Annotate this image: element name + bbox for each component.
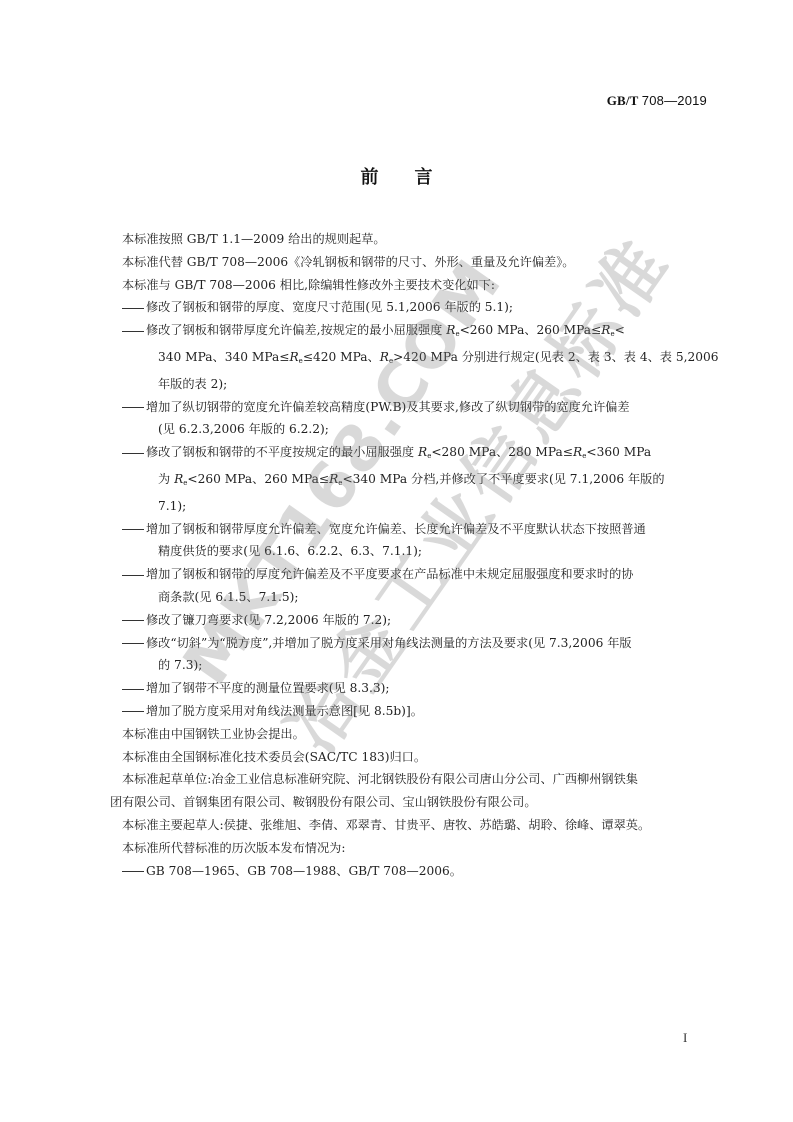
paragraph-drafters: 本标准主要起草人:侯捷、张维旭、李倩、邓翠青、甘贵平、唐牧、苏皓璐、胡聆、徐峰、… bbox=[110, 814, 710, 837]
paragraph-under-jurisdiction: 本标准由全国钢标准化技术委员会(SAC/TC 183)归口。 bbox=[110, 746, 710, 769]
paragraph-drafting-units: 本标准起草单位:冶金工业信息标准研究院、河北钢铁股份有限公司唐山分公司、广西柳州… bbox=[110, 768, 710, 814]
title-char-2: 言 bbox=[415, 163, 433, 189]
dash-bullet: —— bbox=[122, 632, 146, 655]
dash-bullet: —— bbox=[122, 609, 146, 632]
symbol-re: Re bbox=[380, 350, 393, 364]
document-page: GB/T 708—2019 前言 本标准按照 GB/T 1.1—2009 给出的… bbox=[0, 0, 793, 1122]
foreword-body: 本标准按照 GB/T 1.1—2009 给出的规则起草。 本标准代替 GB/T … bbox=[110, 228, 710, 882]
paragraph-drafting-rules: 本标准按照 GB/T 1.1—2009 给出的规则起草。 bbox=[110, 228, 710, 251]
dash-bullet: —— bbox=[122, 700, 146, 723]
dash-bullet: —— bbox=[122, 296, 146, 319]
symbol-re: Re bbox=[446, 323, 459, 337]
dash-bullet: —— bbox=[122, 319, 146, 342]
symbol-re: Re bbox=[174, 472, 187, 486]
dash-bullet: —— bbox=[122, 677, 146, 700]
paragraph-replaces: 本标准代替 GB/T 708—2006《冷轧钢板和钢带的尺寸、外形、重量及允许偏… bbox=[110, 251, 710, 274]
symbol-re: Re bbox=[601, 323, 614, 337]
change-item: ——增加了钢板和钢带的厚度允许偏差及不平度要求在产品标准中未规定屈服强度和要求时… bbox=[110, 563, 710, 609]
change-item: ——修改“切斜”为“脱方度”,并增加了脱方度采用对角线法测量的方法及要求(见 7… bbox=[110, 632, 710, 678]
symbol-re: Re bbox=[289, 350, 302, 364]
dash-bullet: —— bbox=[122, 860, 146, 883]
standard-code-prefix: GB/T bbox=[607, 93, 639, 108]
dash-bullet: —— bbox=[122, 396, 146, 419]
change-item: ——修改了钢板和钢带的厚度、宽度尺寸范围(见 5.1,2006 年版的 5.1)… bbox=[110, 296, 710, 319]
change-item: ——修改了钢板和钢带的不平度按规定的最小屈服强度 Re<280 MPa、280 … bbox=[110, 441, 710, 517]
change-item: ——增加了钢板和钢带厚度允许偏差、宽度允许偏差、长度允许偏差及不平度默认状态下按… bbox=[110, 518, 710, 564]
paragraph-history-intro: 本标准所代替标准的历次版本发布情况为: bbox=[110, 837, 710, 860]
change-item: ——修改了钢板和钢带厚度允许偏差,按规定的最小屈服强度 Re<260 MPa、2… bbox=[110, 319, 710, 395]
change-item: ——增加了脱方度采用对角线法测量示意图[见 8.5b)]。 bbox=[110, 700, 710, 723]
symbol-re: Re bbox=[418, 445, 431, 459]
standard-code-number: 708—2019 bbox=[642, 93, 707, 108]
dash-bullet: —— bbox=[122, 441, 146, 464]
dash-bullet: —— bbox=[122, 563, 146, 586]
symbol-re: Re bbox=[573, 445, 586, 459]
page-number: I bbox=[683, 1030, 687, 1046]
change-item: ——增加了纵切钢带的宽度允许偏差较高精度(PW.B)及其要求,修改了纵切钢带的宽… bbox=[110, 396, 710, 442]
symbol-re: Re bbox=[329, 472, 342, 486]
page-title: 前言 bbox=[0, 163, 793, 189]
history-item: ——GB 708—1965、GB 708—1988、GB/T 708—2006。 bbox=[110, 860, 710, 883]
change-item: ——修改了镰刀弯要求(见 7.2,2006 年版的 7.2); bbox=[110, 609, 710, 632]
paragraph-proposed-by: 本标准由中国钢铁工业协会提出。 bbox=[110, 723, 710, 746]
title-char-1: 前 bbox=[361, 163, 379, 189]
paragraph-changes-intro: 本标准与 GB/T 708—2006 相比,除编辑性修改外主要技术变化如下: bbox=[110, 274, 710, 297]
standard-code: GB/T 708—2019 bbox=[607, 93, 707, 109]
dash-bullet: —— bbox=[122, 518, 146, 541]
change-item: ——增加了钢带不平度的测量位置要求(见 8.3.3); bbox=[110, 677, 710, 700]
